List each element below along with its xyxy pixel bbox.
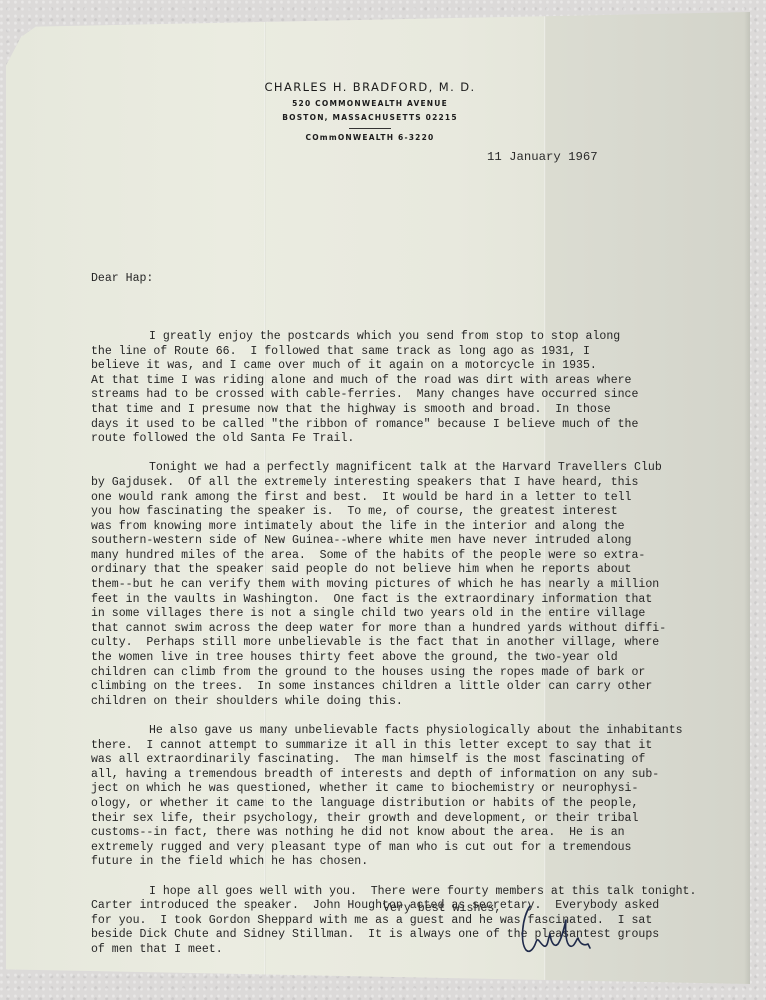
text-line: the line of Route 66. I followed that sa… [91,345,731,360]
text-line: children can climb from the ground to th… [91,666,731,681]
text-line: extremely rugged and very pleasant type … [91,841,731,856]
text-line: culty. Perhaps still more unbelievable i… [91,636,731,651]
salutation: Dear Hap: [91,272,731,287]
letterhead-address-line1: 520 COMMONWEALTH AVENUE [250,99,490,108]
text-line: beside Dick Chute and Sidney Stillman. I… [91,928,731,943]
text-line: one would rank among the first and best.… [91,491,731,506]
text-line: of men that I meet. [91,943,731,958]
text-line: I hope all goes well with you. There wer… [91,885,731,900]
text-line: that cannot swim across the deep water f… [91,622,731,637]
text-line: ology, or whether it came to the languag… [91,797,731,812]
letter-date: 11 January 1967 [487,150,598,164]
text-line: was all extraordinarily fascinating. The… [91,753,731,768]
text-line: customs--in fact, there was nothing he d… [91,826,731,841]
paragraphs: I greatly enjoy the postcards which you … [91,330,731,958]
letterhead-divider [349,128,391,129]
text-line: for you. I took Gordon Sheppard with me … [91,914,731,929]
text-line: believe it was, and I came over much of … [91,359,731,374]
text-line: was from knowing more intimately about t… [91,520,731,535]
text-line: days it used to be called "the ribbon of… [91,418,731,433]
text-line: ject on which he was questioned, whether… [91,782,731,797]
text-line: climbing on the trees. In some instances… [91,680,731,695]
text-line: At that time I was riding alone and much… [91,374,731,389]
closing: Very best wishes, [383,902,501,915]
text-line: ordinary that the speaker said people do… [91,563,731,578]
letterhead-address-line2: BOSTON, MASSACHUSETTS 02215 [250,113,490,122]
text-line: their sex life, their psychology, their … [91,812,731,827]
text-line: future in the field which he has chosen. [91,855,731,870]
text-line: by Gajdusek. Of all the extremely intere… [91,476,731,491]
text-line: there. I cannot attempt to summarize it … [91,739,731,754]
text-line: feet in the vaults in Washington. One fa… [91,593,731,608]
text-line: in some villages there is not a single c… [91,607,731,622]
text-line: route followed the old Santa Fe Trail. [91,432,731,447]
text-line: streams had to be crossed with cable-fer… [91,388,731,403]
text-line: I greatly enjoy the postcards which you … [91,330,731,345]
letterhead-name: CHARLES H. BRADFORD, M. D. [250,80,490,94]
text-line: children on their shoulders while doing … [91,695,731,710]
text-line: He also gave us many unbelievable facts … [91,724,731,739]
text-line: them--but he can verify them with moving… [91,578,731,593]
text-line: the women live in tree houses thirty fee… [91,651,731,666]
paragraph: Tonight we had a perfectly magnificent t… [91,461,731,709]
text-line: southern-western side of New Guinea--whe… [91,534,731,549]
text-line: Tonight we had a perfectly magnificent t… [91,461,731,476]
letter-body: Dear Hap: I greatly enjoy the postcards … [91,243,731,987]
text-line: many hundred miles of the area. Some of … [91,549,731,564]
text-line: that time and I presume now that the hig… [91,403,731,418]
letterhead-phone: COmmONWEALTH 6-3220 [250,133,490,142]
paragraph: I hope all goes well with you. There wer… [91,885,731,958]
paragraph: I greatly enjoy the postcards which you … [91,330,731,447]
paragraph: He also gave us many unbelievable facts … [91,724,731,870]
text-line: all, having a tremendous breadth of inte… [91,768,731,783]
text-line: you how fascinating the speaker is. To m… [91,505,731,520]
letterhead: CHARLES H. BRADFORD, M. D. 520 COMMONWEA… [250,80,490,142]
signature-icon [518,898,598,958]
